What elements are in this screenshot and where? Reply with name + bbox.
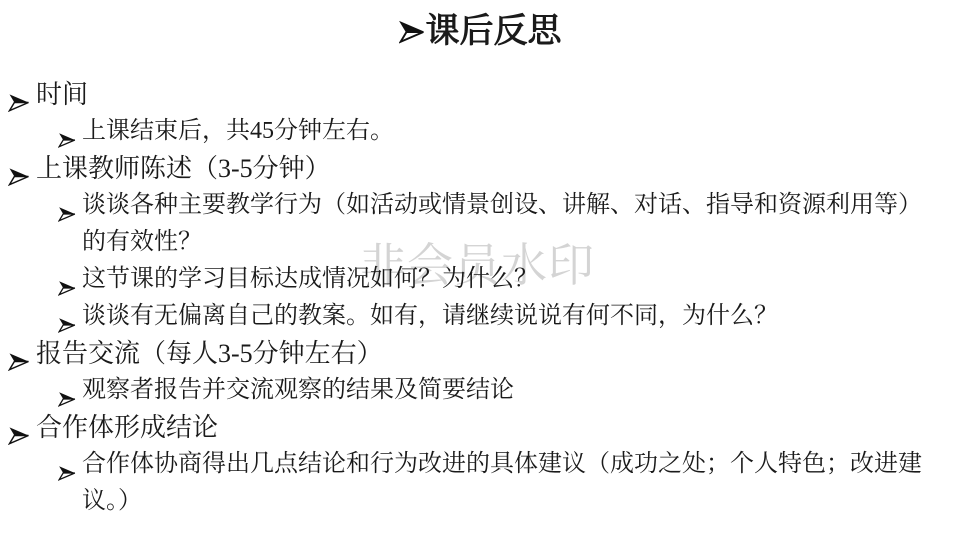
bullet-item-text: 谈谈各种主要教学行为（如活动或情景创设、讲解、对话、指导和资源利用等）的有效性？	[82, 192, 922, 255]
arrow-bullet-icon	[399, 12, 425, 56]
bullet-item-text: 谈谈有无偏离自己的教案。如有，请继续说说有何不同，为什么？	[82, 303, 778, 329]
bullet-item-text: 这节课的学习目标达成情况如何？为什么？	[82, 266, 538, 292]
bullet-item: 上课结束后，共45分钟左右。	[0, 113, 938, 150]
bullet-item: 合作体形成结论	[0, 409, 938, 446]
slide-title: 课后反思	[0, 10, 960, 56]
arrow-bullet-icon	[58, 456, 76, 493]
slide-title-text: 课后反思	[426, 13, 562, 50]
bullet-item: 谈谈有无偏离自己的教案。如有，请继续说说有何不同，为什么？	[0, 298, 938, 335]
slide-body: 时间 上课结束后，共45分钟左右。 上课教师陈述（3-5分钟） 谈谈各种主要教学…	[0, 76, 938, 520]
slide-page: { "slide": { "title": { "text": "课后反思", …	[0, 0, 960, 540]
bullet-item: 报告交流（每人3-5分钟左右）	[0, 335, 938, 372]
bullet-item: 这节课的学习目标达成情况如何？为什么？	[0, 261, 938, 298]
bullet-item-text: 合作体协商得出几点结论和行为改进的具体建议（成功之处；个人特色；改进建议。）	[82, 451, 922, 514]
bullet-item: 谈谈各种主要教学行为（如活动或情景创设、讲解、对话、指导和资源利用等）的有效性？	[0, 187, 938, 261]
bullet-item-text: 上课教师陈述（3-5分钟）	[36, 154, 331, 183]
bullet-item-text: 报告交流（每人3-5分钟左右）	[36, 339, 383, 368]
bullet-item: 时间	[0, 76, 938, 113]
bullet-item-text: 合作体形成结论	[36, 413, 218, 442]
presentation-slide: 非会员水印 课后反思 时间 上课结束后，共45分钟左右。 上课教师陈述（3-5分…	[0, 0, 960, 540]
bullet-item-text: 上课结束后，共45分钟左右。	[82, 118, 394, 144]
arrow-bullet-icon	[58, 197, 76, 234]
bullet-item-text: 时间	[36, 80, 88, 109]
bullet-item-text: 观察者报告并交流观察的结果及简要结论	[82, 377, 514, 403]
bullet-item: 上课教师陈述（3-5分钟）	[0, 150, 938, 187]
bullet-item: 观察者报告并交流观察的结果及简要结论	[0, 372, 938, 409]
bullet-item: 合作体协商得出几点结论和行为改进的具体建议（成功之处；个人特色；改进建议。）	[0, 446, 938, 520]
